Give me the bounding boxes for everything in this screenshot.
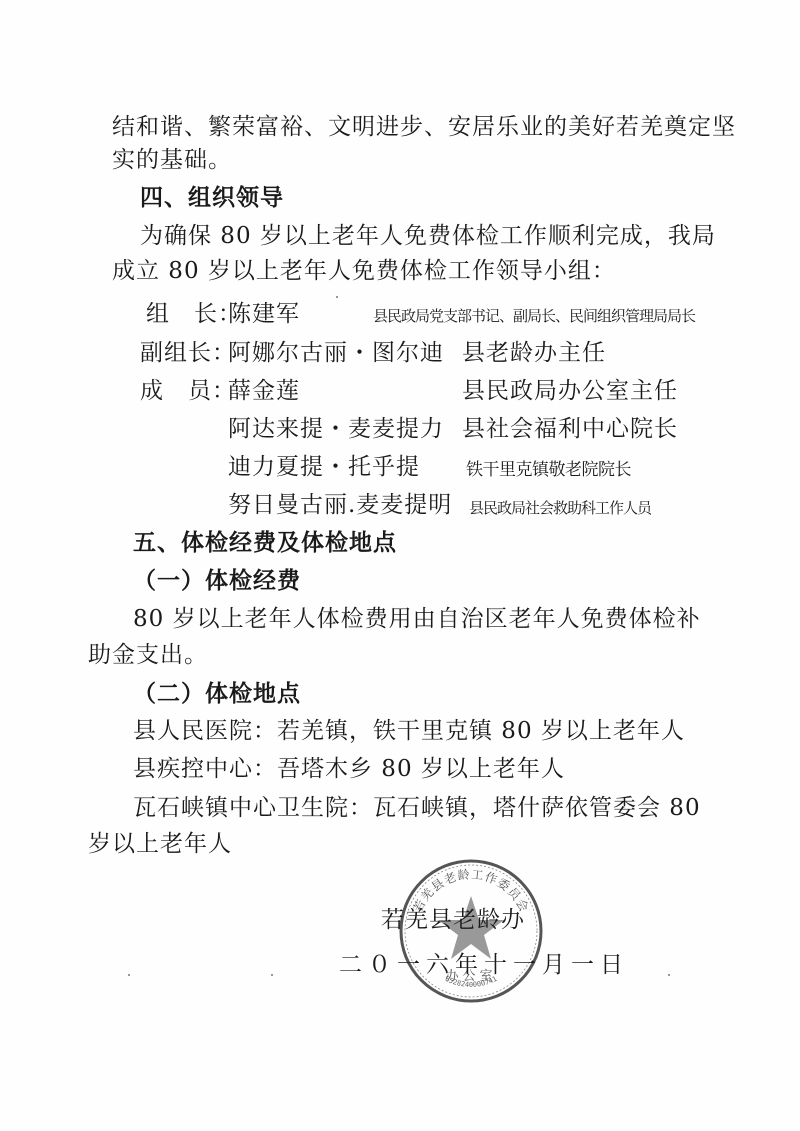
- scan-speck: [668, 974, 670, 976]
- member-title: 县民政局办公室主任: [462, 376, 678, 406]
- location-item-wrap: 岁以上老年人: [88, 829, 232, 859]
- member-name: 阿娜尔古丽・图尔迪: [228, 338, 444, 368]
- member-title: 县民政局社会救助科工作人员: [469, 493, 651, 523]
- location-item: 县人民医院：若羌镇，铁干里克镇 80 岁以上老年人: [133, 716, 685, 746]
- member-title: 县社会福利中心院长: [462, 414, 678, 444]
- section-5-sub-1-para-line-2: 助金支出。: [88, 640, 208, 670]
- intro-line-1: 结和谐、繁荣富裕、文明进步、安居乐业的美好若羌奠定坚: [112, 112, 736, 142]
- section-4-para-line-1: 为确保 80 岁以上老年人免费体检工作顺利完成，我局: [140, 221, 716, 251]
- member-title: 县民政局党支部书记、副局长、民间组织管理局局长: [373, 301, 695, 331]
- member-title: 县老龄办主任: [462, 338, 606, 368]
- member-role: 成 员：: [140, 376, 236, 406]
- member-name: 迪力夏提・托乎提: [228, 452, 420, 482]
- section-4-para-line-2: 成立 80 岁以上老年人免费体检工作领导小组：: [112, 256, 616, 286]
- member-name: 努日曼古丽.麦麦提明: [228, 490, 452, 520]
- member-role: 副组长：: [140, 338, 236, 368]
- location-item: 瓦石峡镇中心卫生院：瓦石峡镇，塔什萨依管委会 80: [133, 793, 701, 823]
- scan-speck: [336, 296, 338, 298]
- section-5-sub-2-title: （二）体检地点: [133, 679, 301, 709]
- member-name: 陈建军: [228, 299, 300, 329]
- member-title: 铁干里克镇敬老院院长: [466, 455, 631, 485]
- member-name: 薛金莲: [228, 376, 300, 406]
- scan-speck: [271, 974, 273, 976]
- document-page: 结和谐、繁荣富裕、文明进步、安居乐业的美好若羌奠定坚 实的基础。 四、组织领导 …: [0, 0, 800, 1131]
- signature-organization: 若羌县老龄办: [381, 905, 525, 935]
- section-5-sub-1-para-line-1: 80 岁以上老年人体检费用由自治区老年人免费体检补: [133, 604, 701, 634]
- section-4-title: 四、组织领导: [140, 183, 284, 213]
- scan-speck: [128, 974, 130, 976]
- section-5-sub-1-title: （一）体检经费: [133, 566, 301, 596]
- signature-date: 二０一六年十一月一日: [339, 950, 629, 980]
- member-name: 阿达来提・麦麦提力: [228, 414, 444, 444]
- section-5-title: 五、体检经费及体检地点: [133, 528, 397, 558]
- location-item: 县疾控中心：吾塔木乡 80 岁以上老年人: [133, 754, 565, 784]
- intro-line-2: 实的基础。: [112, 145, 232, 175]
